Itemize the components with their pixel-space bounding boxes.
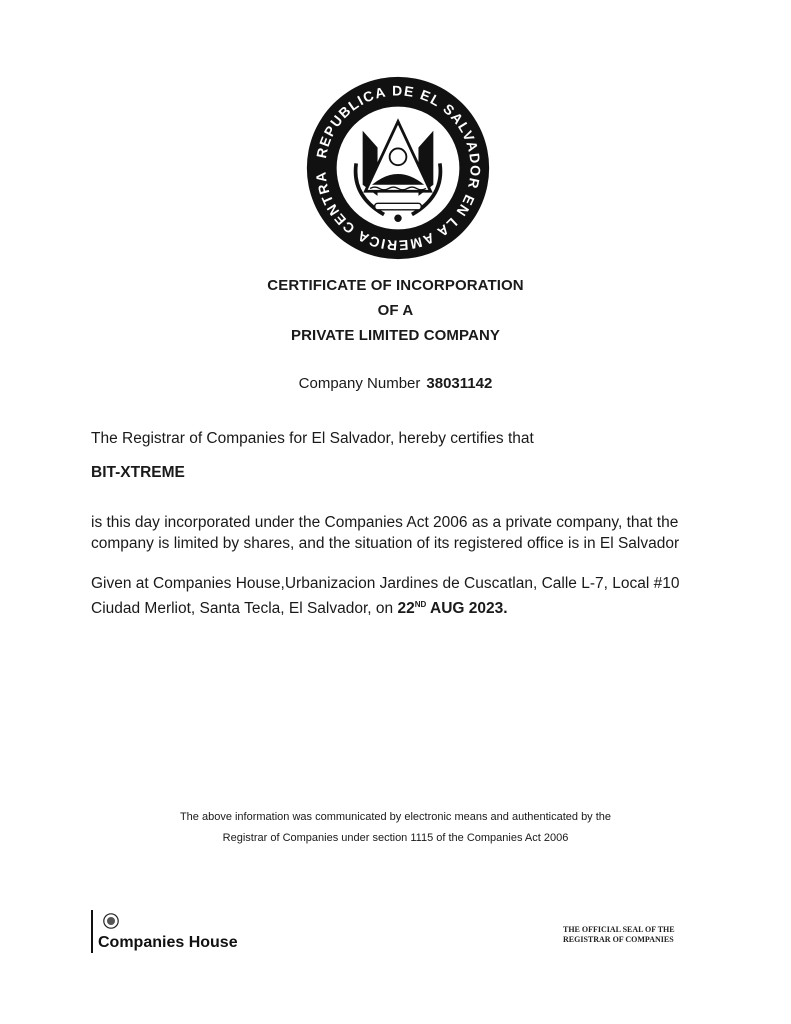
company-number-value: 38031142 xyxy=(426,375,492,392)
certifies-text: The Registrar of Companies for El Salvad… xyxy=(91,428,731,449)
crest-icon xyxy=(103,913,119,929)
official-seal-caption: THE OFFICIAL SEAL OF THE REGISTRAR OF CO… xyxy=(563,925,675,945)
company-name: BIT-XTREME xyxy=(91,462,731,483)
company-number-label: Company Number xyxy=(299,375,421,392)
coat-of-arms-seal-icon: REPUBLICA DE EL SALVADOR EN LA AMERICA C… xyxy=(305,75,491,261)
official-seal-line-1: THE OFFICIAL SEAL OF THE xyxy=(563,925,675,935)
certificate-title: CERTIFICATE OF INCORPORATION xyxy=(0,277,791,294)
companies-house-brand: Companies House xyxy=(98,934,238,952)
given-at-text: Given at Companies House,Urbanizacion Ja… xyxy=(91,573,731,619)
footnote-line-2: Registrar of Companies under section 111… xyxy=(0,828,791,849)
incorporation-text: is this day incorporated under the Compa… xyxy=(91,512,731,554)
certificate-company-type: PRIVATE LIMITED COMPANY xyxy=(0,327,791,344)
logo-divider xyxy=(91,910,93,953)
certificate-subtitle: OF A xyxy=(0,302,791,319)
company-number: Company Number38031142 xyxy=(0,375,791,392)
official-seal-line-2: REGISTRAR OF COMPANIES xyxy=(563,935,675,945)
date-day: 22 xyxy=(397,600,414,617)
date-rest: AUG 2023. xyxy=(426,600,507,617)
given-at-address: Given at Companies House,Urbanizacion Ja… xyxy=(91,575,679,617)
authentication-footnote: The above information was communicated b… xyxy=(0,807,791,849)
footnote-line-1: The above information was communicated b… xyxy=(0,807,791,828)
date-suffix: ND xyxy=(415,600,427,609)
